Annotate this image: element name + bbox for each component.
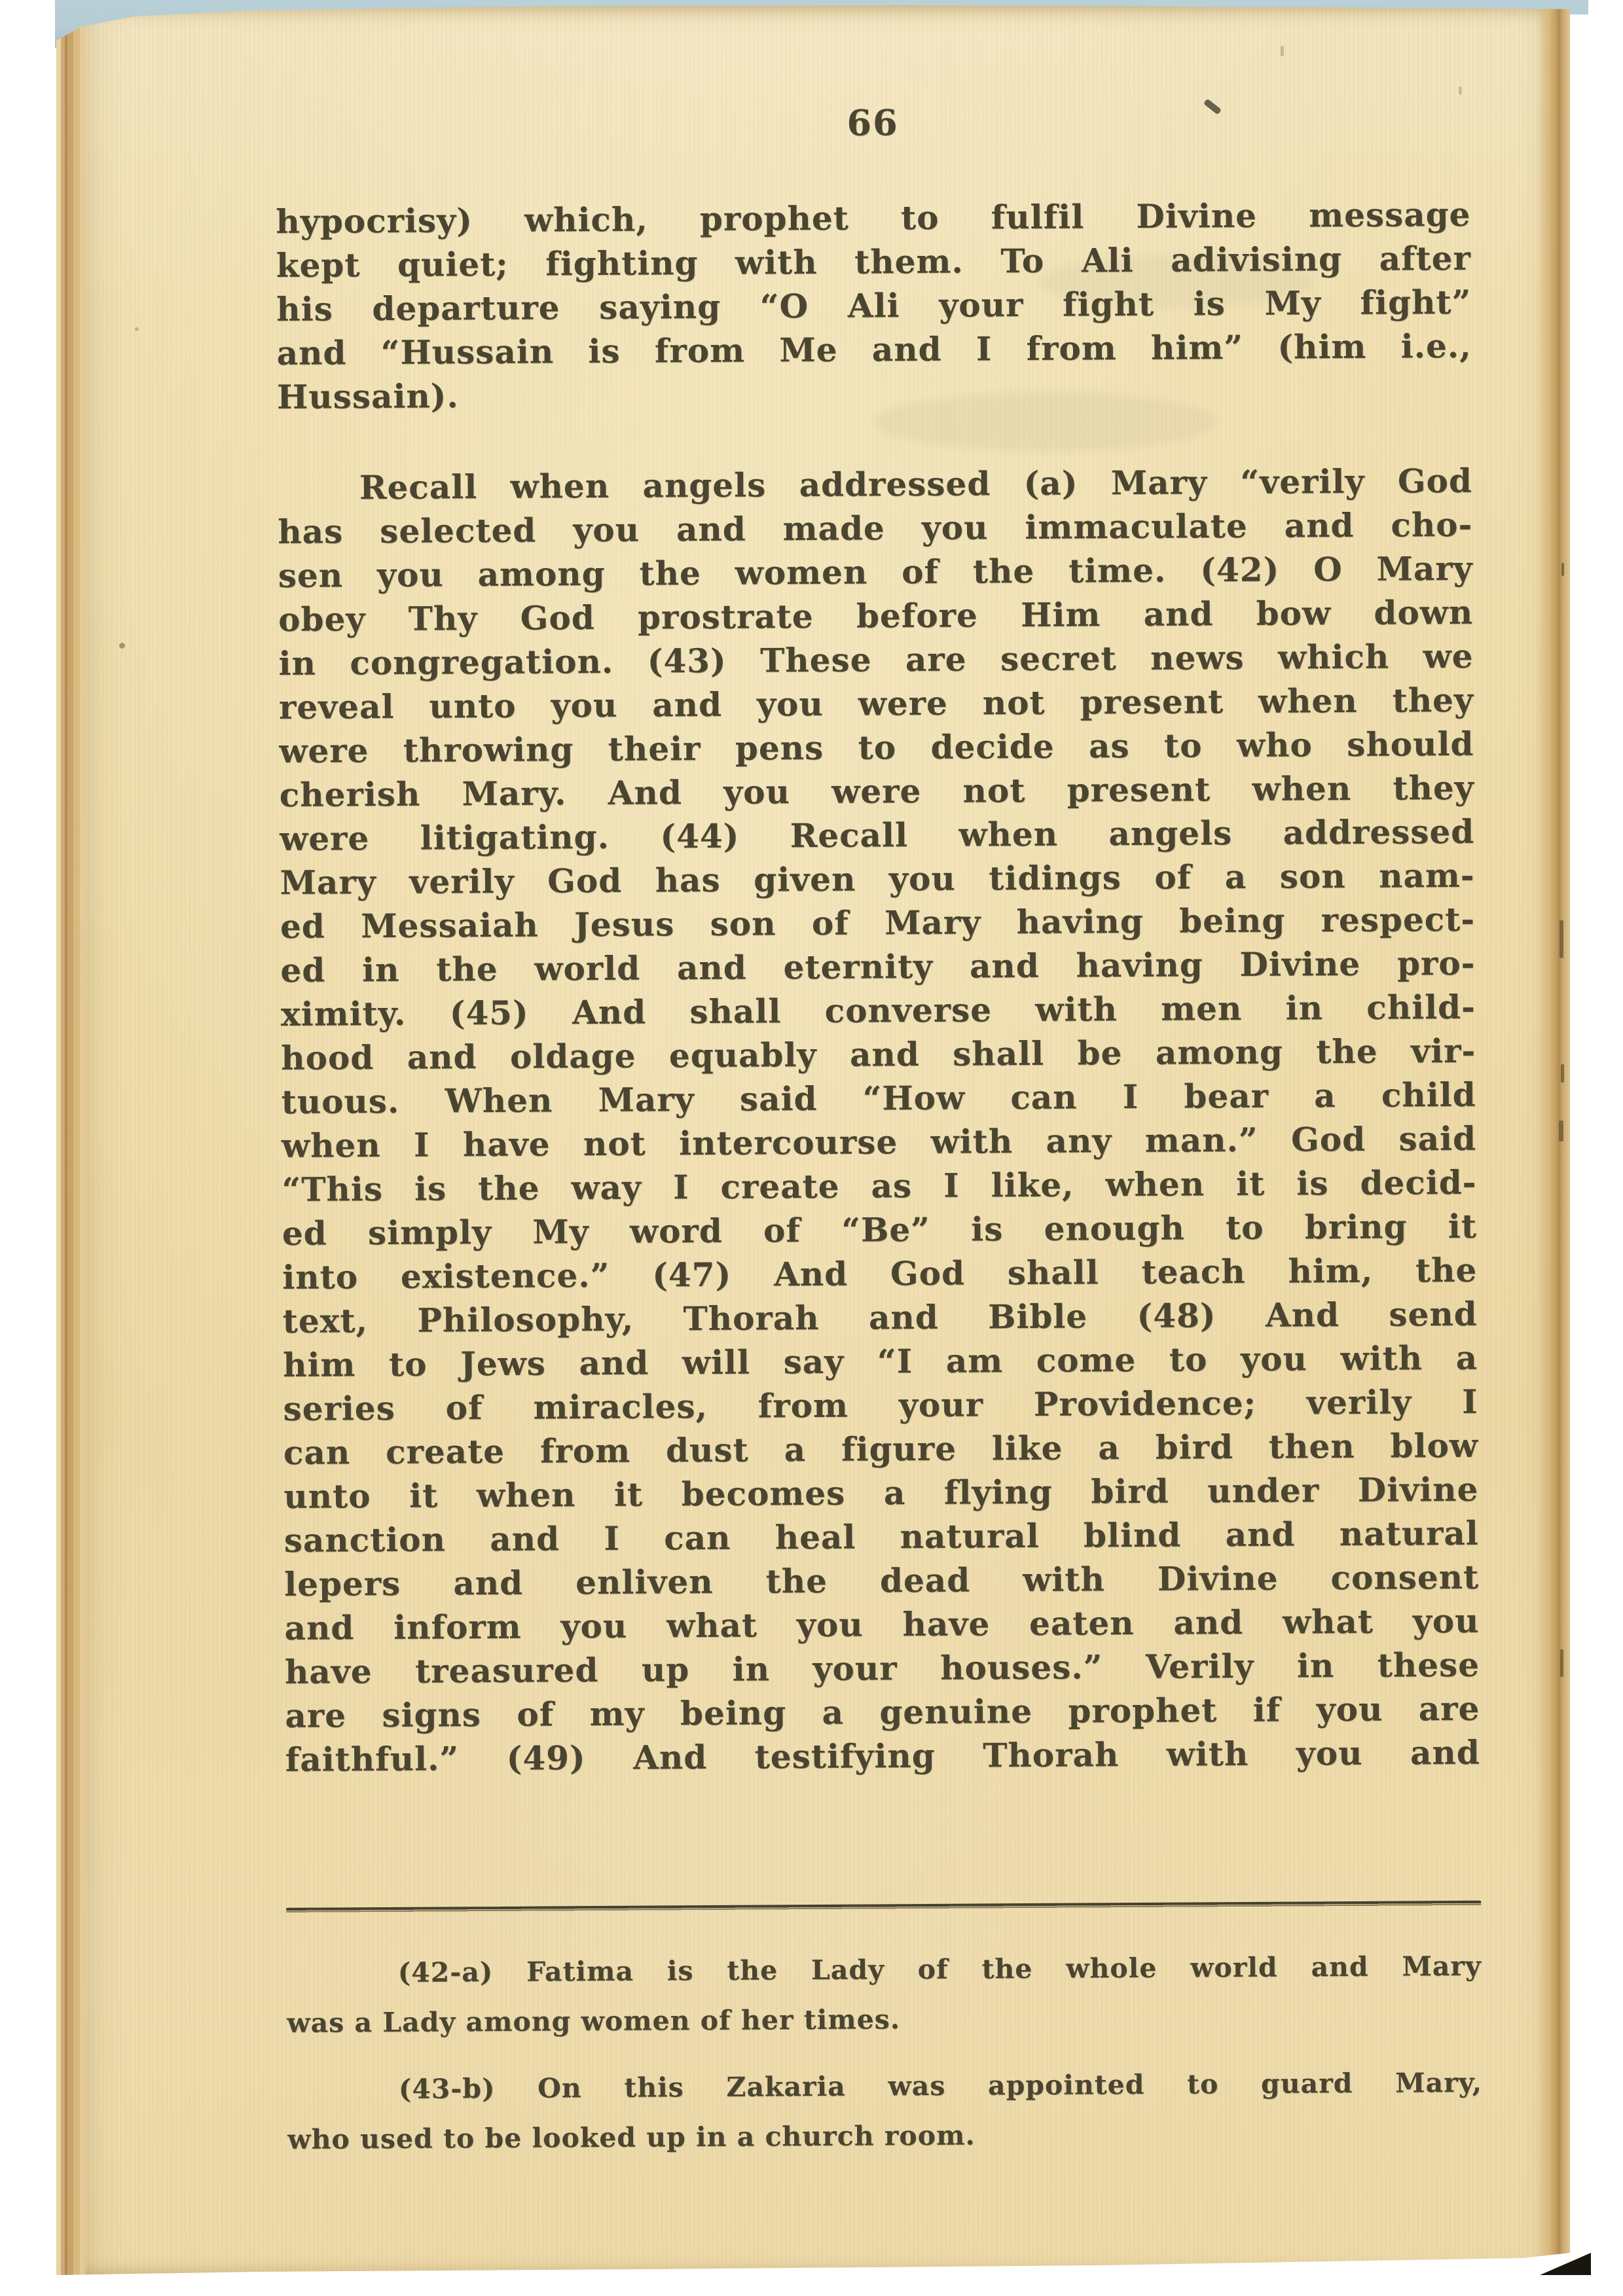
text-line: and “Hussain is from Me and I from him” … xyxy=(276,324,1471,375)
text-line: sanction and I can heal natural blind an… xyxy=(284,1511,1479,1562)
text-line: “This is the way I create as I like, whe… xyxy=(282,1160,1476,1211)
text-line: sen you among the women of the time. (42… xyxy=(278,547,1473,598)
printed-layer: 66 hypocrisy) which, prophet to fulfil D… xyxy=(49,0,1577,2280)
text-line: are signs of my being a genuine prophet … xyxy=(285,1687,1480,1738)
text-line: ed Messaiah Jesus son of Mary having bei… xyxy=(280,897,1475,948)
text-line: ed in the world and eternity and having … xyxy=(280,941,1475,992)
text-line: his departure saying “O Ali your fight i… xyxy=(276,280,1471,331)
text-line: unto it when it becomes a flying bird un… xyxy=(283,1467,1478,1518)
text-line: hood and oldage equably and shall be amo… xyxy=(281,1029,1476,1080)
text-line: has selected you and made you immaculate… xyxy=(278,503,1472,554)
text-line: ed simply My word of “Be” is enough to b… xyxy=(282,1204,1477,1255)
text-line: (42-a) Fatima is the Lady of the whole w… xyxy=(287,1941,1482,1998)
corner-shadow-wedge xyxy=(1540,2253,1591,2275)
text-line: into existence.” (47) And God shall teac… xyxy=(282,1248,1477,1299)
text-line: Mary verily God has given you tidings of… xyxy=(280,853,1474,905)
text-line: in congregation. (43) These are secret n… xyxy=(278,634,1473,685)
footnote-rule xyxy=(286,1901,1481,1914)
text-block: hypocrisy) which, prophet to fulfil Divi… xyxy=(276,192,1482,2164)
ink-speck xyxy=(543,2138,548,2142)
text-line: was a Lady among women of her times. xyxy=(287,1991,1482,2048)
text-line: when I have not intercourse with any man… xyxy=(282,1117,1476,1168)
scan-background: { "page": { "number": "66", "paragraphs"… xyxy=(0,0,1623,2296)
page: 66 hypocrisy) which, prophet to fulfil D… xyxy=(56,0,1570,2275)
paragraph: Recall when angels addressed (a) Mary “v… xyxy=(278,459,1480,1782)
footnotes: (42-a) Fatima is the Lady of the whole w… xyxy=(287,1941,1483,2164)
text-line: who used to be looked up in a church roo… xyxy=(287,2108,1482,2164)
text-line: were throwing their pens to decide as to… xyxy=(279,722,1474,773)
page-number: 66 xyxy=(275,98,1470,147)
text-line: and inform you what you have eaten and w… xyxy=(284,1599,1479,1650)
footnote: (42-a) Fatima is the Lady of the whole w… xyxy=(287,1941,1482,2048)
text-line: can create from dust a figure like a bir… xyxy=(283,1424,1478,1475)
text-line: obey Thy God prostrate before Him and bo… xyxy=(278,590,1473,641)
text-line: series of miracles, from your Providence… xyxy=(283,1380,1478,1431)
text-line: reveal unto you and you were not present… xyxy=(279,678,1474,729)
footnote: (43-b) On this Zakaria was appointed to … xyxy=(287,2058,1483,2164)
text-line: him to Jews and will say “I am come to y… xyxy=(283,1336,1478,1387)
text-line: text, Philosophy, Thorah and Bible (48) … xyxy=(282,1292,1477,1343)
text-line: were litigating. (44) Recall when angels… xyxy=(280,810,1474,861)
ink-speck xyxy=(1459,86,1462,95)
text-line: lepers and enliven the dead with Divine … xyxy=(284,1555,1479,1606)
text-line: cherish Mary. And you were not present w… xyxy=(280,766,1474,817)
text-line: Recall when angels addressed (a) Mary “v… xyxy=(278,459,1472,510)
book-page-scan: 66 hypocrisy) which, prophet to fulfil D… xyxy=(0,0,1623,2296)
text-line: hypocrisy) which, prophet to fulfil Divi… xyxy=(276,192,1470,243)
text-line: ximity. (45) And shall converse with men… xyxy=(281,985,1476,1036)
ink-speck xyxy=(1281,46,1284,56)
text-line: have treasured up in your houses.” Veril… xyxy=(285,1643,1480,1694)
ink-speck xyxy=(135,327,139,331)
text-line: tuous. When Mary said “How can I bear a … xyxy=(281,1073,1476,1124)
text-line: kept quiet; fighting with them. To Ali a… xyxy=(276,236,1471,287)
text-line: faithful.” (49) And testifying Thorah wi… xyxy=(285,1731,1480,1782)
text-line: (43-b) On this Zakaria was appointed to … xyxy=(287,2058,1482,2115)
ink-speck xyxy=(119,643,125,649)
text-line: Hussain). xyxy=(277,368,1472,419)
paragraph: hypocrisy) which, prophet to fulfil Divi… xyxy=(276,192,1472,419)
